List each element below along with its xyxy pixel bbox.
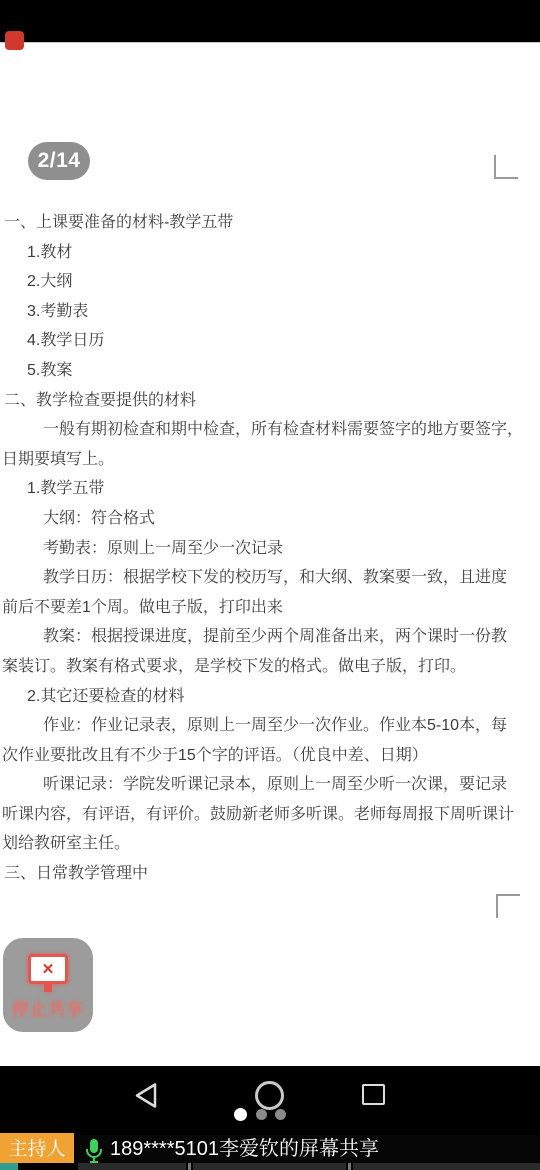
stop-share-label: 停止共享: [3, 995, 93, 1020]
crop-corner-top-right-icon: [494, 155, 518, 179]
stop-share-button[interactable]: ✕ 停止共享: [3, 938, 93, 1032]
text-line: 3.考勤表: [0, 297, 540, 327]
text-line: 教学日历：根据学校下发的校历写，和大纲、教案要一致，且进度: [0, 563, 540, 593]
phone-screen: 2/14 一、上课要准备的材料-教学五带1.教材2.大纲3.考勤表4.教学日历5…: [0, 0, 540, 1170]
page-dot-active: [234, 1108, 247, 1121]
text-line: 划给教研室主任。: [0, 829, 540, 859]
text-line: 前后不要差1个周。做电子版，打印出来: [0, 593, 540, 623]
close-icon: ✕: [42, 960, 55, 978]
text-line: 二、教学检查要提供的材料: [0, 386, 540, 416]
text-line: 5.教案: [0, 356, 540, 386]
page-indicator-badge: 2/14: [28, 142, 90, 180]
text-line: 三、日常教学管理中: [0, 859, 540, 889]
text-line: 1.教材: [0, 238, 540, 268]
document-text: 一、上课要准备的材料-教学五带1.教材2.大纲3.考勤表4.教学日历5.教案二、…: [0, 208, 540, 889]
tile-edge: [78, 1163, 186, 1170]
bottom-tile-strip: [0, 1163, 540, 1170]
recents-square-icon[interactable]: [362, 1084, 385, 1105]
tile-edge: [353, 1163, 540, 1170]
status-bar: [0, 0, 540, 43]
text-line: 4.教学日历: [0, 326, 540, 356]
text-line: 教案：根据授课进度，提前至少两个周准备出来，两个课时一份教: [0, 622, 540, 652]
tile-edge: [193, 1163, 346, 1170]
monitor-close-icon: ✕: [28, 954, 68, 984]
text-line: 2.大纲: [0, 267, 540, 297]
microphone-icon: [85, 1138, 103, 1165]
text-line: 大纲：符合格式: [0, 504, 540, 534]
text-line: 日期要填写上。: [0, 445, 540, 475]
tile-separator: [188, 1163, 191, 1170]
text-line: 考勤表：原则上一周至少一次记录: [0, 534, 540, 564]
text-line: 听课记录：学院发听课记录本，原则上一周至少听一次课，要记录: [0, 770, 540, 800]
text-line: 2.其它还要检查的材料: [0, 682, 540, 712]
recording-indicator-icon: [5, 31, 24, 50]
share-source-text: 189****5101李爱钦的屏幕共享: [110, 1135, 379, 1164]
text-line: 案装订。教案有格式要求，是学校下发的格式。做电子版，打印。: [0, 652, 540, 682]
text-line: 作业：作业记录表，原则上一周至少一次作业。作业本5-10本，每: [0, 711, 540, 741]
monitor-stand-icon: [44, 984, 52, 992]
home-circle-icon[interactable]: [255, 1081, 284, 1110]
page-dot: [275, 1109, 286, 1120]
crop-corner-bottom-right-icon: [496, 894, 520, 918]
share-info-bar[interactable]: 主持人 189****5101李爱钦的屏幕共享: [0, 1135, 540, 1170]
text-line: 一般有期初检查和期中检查，所有检查材料需要签字的地方要签字，: [0, 415, 540, 445]
text-line: 一、上课要准备的材料-教学五带: [0, 208, 540, 238]
host-role-badge: 主持人: [0, 1133, 74, 1167]
tile-edge-accent: [0, 1163, 18, 1170]
tile-separator: [348, 1163, 351, 1170]
android-nav-bar: [0, 1066, 540, 1135]
text-line: 次作业要批改且有不少于15个字的评语。（优良中差、日期）: [0, 741, 540, 771]
text-line: 听课内容，有评语，有评价。鼓励新老师多听课。老师每周报下周听课计: [0, 800, 540, 830]
text-line: 1.教学五带: [0, 474, 540, 504]
page-dot: [256, 1109, 267, 1120]
back-triangle-icon[interactable]: [134, 1082, 158, 1109]
